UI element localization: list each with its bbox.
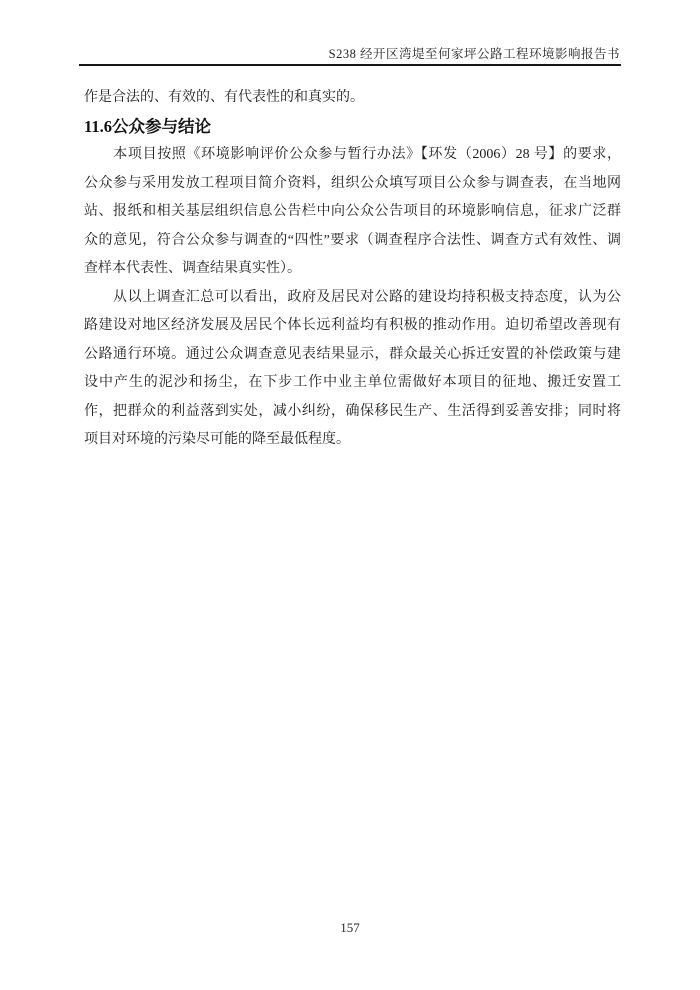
paragraph-line: 公众参与采用发放工程项目简介资料，组织公众填写项目公众参与调查表，在当地网: [84, 170, 621, 199]
paragraph-line: 查样本代表性、调查结果真实性）。: [84, 255, 621, 284]
paragraph-line: 设中产生的泥沙和扬尘，在下步工作中业主单位需做好本项目的征地、搬迁安置工: [84, 369, 621, 398]
intro-continuation-line: 作是合法的、有效的、有代表性的和真实的。: [84, 84, 621, 113]
paragraphs-container: 本项目按照《环境影响评价公众参与暂行办法》【环发（2006）28 号】的要求，公…: [84, 141, 621, 455]
body-text-block: 作是合法的、有效的、有代表性的和真实的。 11.6公众参与结论 本项目按照《环境…: [84, 84, 621, 455]
document-page: S238 经开区湾堤至何家坪公路工程环境影响报告书 作是合法的、有效的、有代表性…: [0, 0, 700, 990]
paragraph-line: 从以上调查汇总可以看出，政府及居民对公路的建设均持积极支持态度，认为公: [84, 284, 621, 313]
paragraph-line: 作，把群众的利益落到实处，减小纠纷，确保移民生产、生活得到妥善安排；同时将: [84, 398, 621, 427]
header-rule: [79, 64, 621, 66]
paragraph-line: 项目对环境的污染尽可能的降至最低程度。: [84, 426, 621, 455]
section-heading: 11.6公众参与结论: [84, 113, 621, 142]
running-header-title: S238 经开区湾堤至何家坪公路工程环境影响报告书: [80, 46, 620, 62]
paragraph-line: 站、报纸和相关基层组织信息公告栏中向公众公告项目的环境影响信息，征求广泛群: [84, 198, 621, 227]
page-number: 157: [0, 919, 700, 937]
paragraph-line: 公路通行环境。通过公众调查意见表结果显示，群众最关心拆迁安置的补偿政策与建: [84, 341, 621, 370]
paragraph-line: 本项目按照《环境影响评价公众参与暂行办法》【环发（2006）28 号】的要求，: [84, 141, 621, 170]
paragraph-line: 路建设对地区经济发展及居民个体长远利益均有积极的推动作用。迫切希望改善现有: [84, 312, 621, 341]
paragraph-line: 众的意见，符合公众参与调查的“四性”要求（调查程序合法性、调查方式有效性、调: [84, 227, 621, 256]
